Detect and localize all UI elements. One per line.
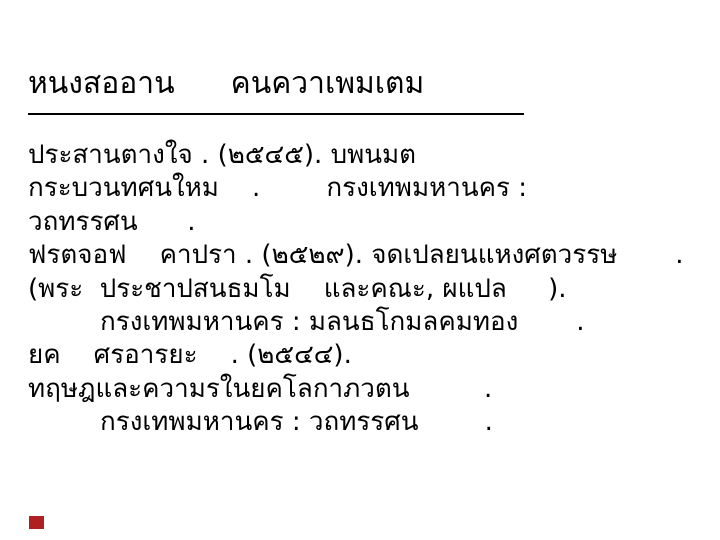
slide-title-part2: คนควาเพมเตม bbox=[231, 64, 425, 104]
reference-line: ทฤษฎและความรในยคโลกาภวตน . bbox=[28, 373, 692, 406]
slide: หนงสออาน คนควาเพมเตม ประสานตางใจ . (๒๕๔๕… bbox=[0, 0, 720, 540]
slide-title-part1: หนงสออาน bbox=[28, 64, 175, 104]
reference-line: วถทรรศน . bbox=[28, 206, 692, 239]
reference-line: ประสานตางใจ . (๒๕๔๕). บพนมต bbox=[28, 139, 692, 172]
title-underline bbox=[28, 113, 524, 115]
reference-line-indented: กรงเทพมหานคร : มลนธโกมลคมทอง . bbox=[28, 306, 692, 339]
reference-line: ฟรตจอฟ คาปรา . (๒๕๒๙). จดเปลยนแหงศตวรรษ … bbox=[28, 239, 692, 272]
reference-list: ประสานตางใจ . (๒๕๔๕). บพนมต กระบวนทศนใหม… bbox=[28, 139, 692, 440]
red-corner-mark bbox=[29, 516, 44, 529]
reference-line: กระบวนทศนใหม . กรงเทพมหานคร : bbox=[28, 172, 692, 205]
slide-title: หนงสออาน คนควาเพมเตม bbox=[28, 64, 424, 104]
reference-line: (พระ ประชาปสนธมโม และคณะ, ผแปล ). bbox=[28, 273, 692, 306]
reference-line-indented: กรงเทพมหานคร : วถทรรศน . bbox=[28, 406, 692, 439]
reference-line: ยค ศรอารยะ . (๒๕๔๔). bbox=[28, 339, 692, 372]
